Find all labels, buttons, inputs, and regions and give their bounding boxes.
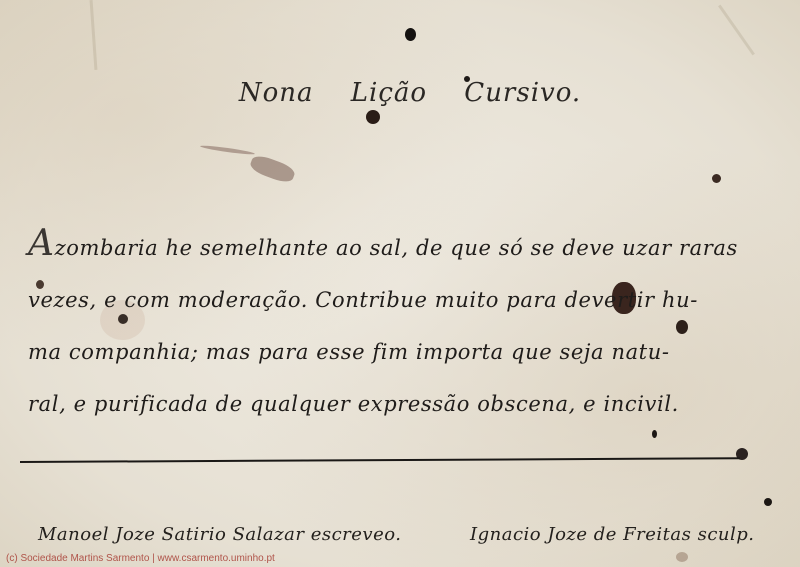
text-line: vezes, e com moderação. Contribue muito … [28,274,768,326]
engraver-signature: Ignacio Joze de Freitas sculp. [470,524,755,545]
paper-crease [718,5,755,56]
brown-stain [200,144,255,156]
ink-blot [712,174,721,183]
lesson-paragraph: Azombaria he semelhante ao sal, de que s… [28,222,768,430]
ink-blot [405,28,416,41]
text-line: ral, e purificada de qualquer expressão … [28,378,768,430]
copyright-watermark: (c) Sociedade Martins Sarmento | www.csa… [6,553,275,564]
scribe-signature: Manoel Joze Satirio Salazar escreveo. [38,524,402,545]
line-text: ma companhia; mas para esse fim importa … [28,340,670,364]
decorated-initial: A [28,223,55,264]
ink-blot [366,110,380,124]
text-line: Azombaria he semelhante ao sal, de que s… [28,222,768,274]
title-word: Lição [351,78,427,108]
brown-stain [676,552,688,562]
line-text: ral, e purificada de qualquer expressão … [28,392,679,416]
divider-rule [20,457,740,463]
brown-stain [248,153,296,185]
ink-blot [652,430,657,438]
text-line: ma companhia; mas para esse fim importa … [28,326,768,378]
line-text: vezes, e com moderação. Contribue muito … [28,288,698,312]
ink-blot [764,498,772,506]
document-page: Nona Lição Cursivo. Azombaria he semelha… [0,0,800,567]
line-text: zombaria he semelhante ao sal, de que só… [55,236,738,260]
title-word: Cursivo. [464,78,581,108]
lesson-title: Nona Lição Cursivo. [0,78,800,108]
title-word: Nona [239,78,314,108]
paper-crease [90,0,98,70]
